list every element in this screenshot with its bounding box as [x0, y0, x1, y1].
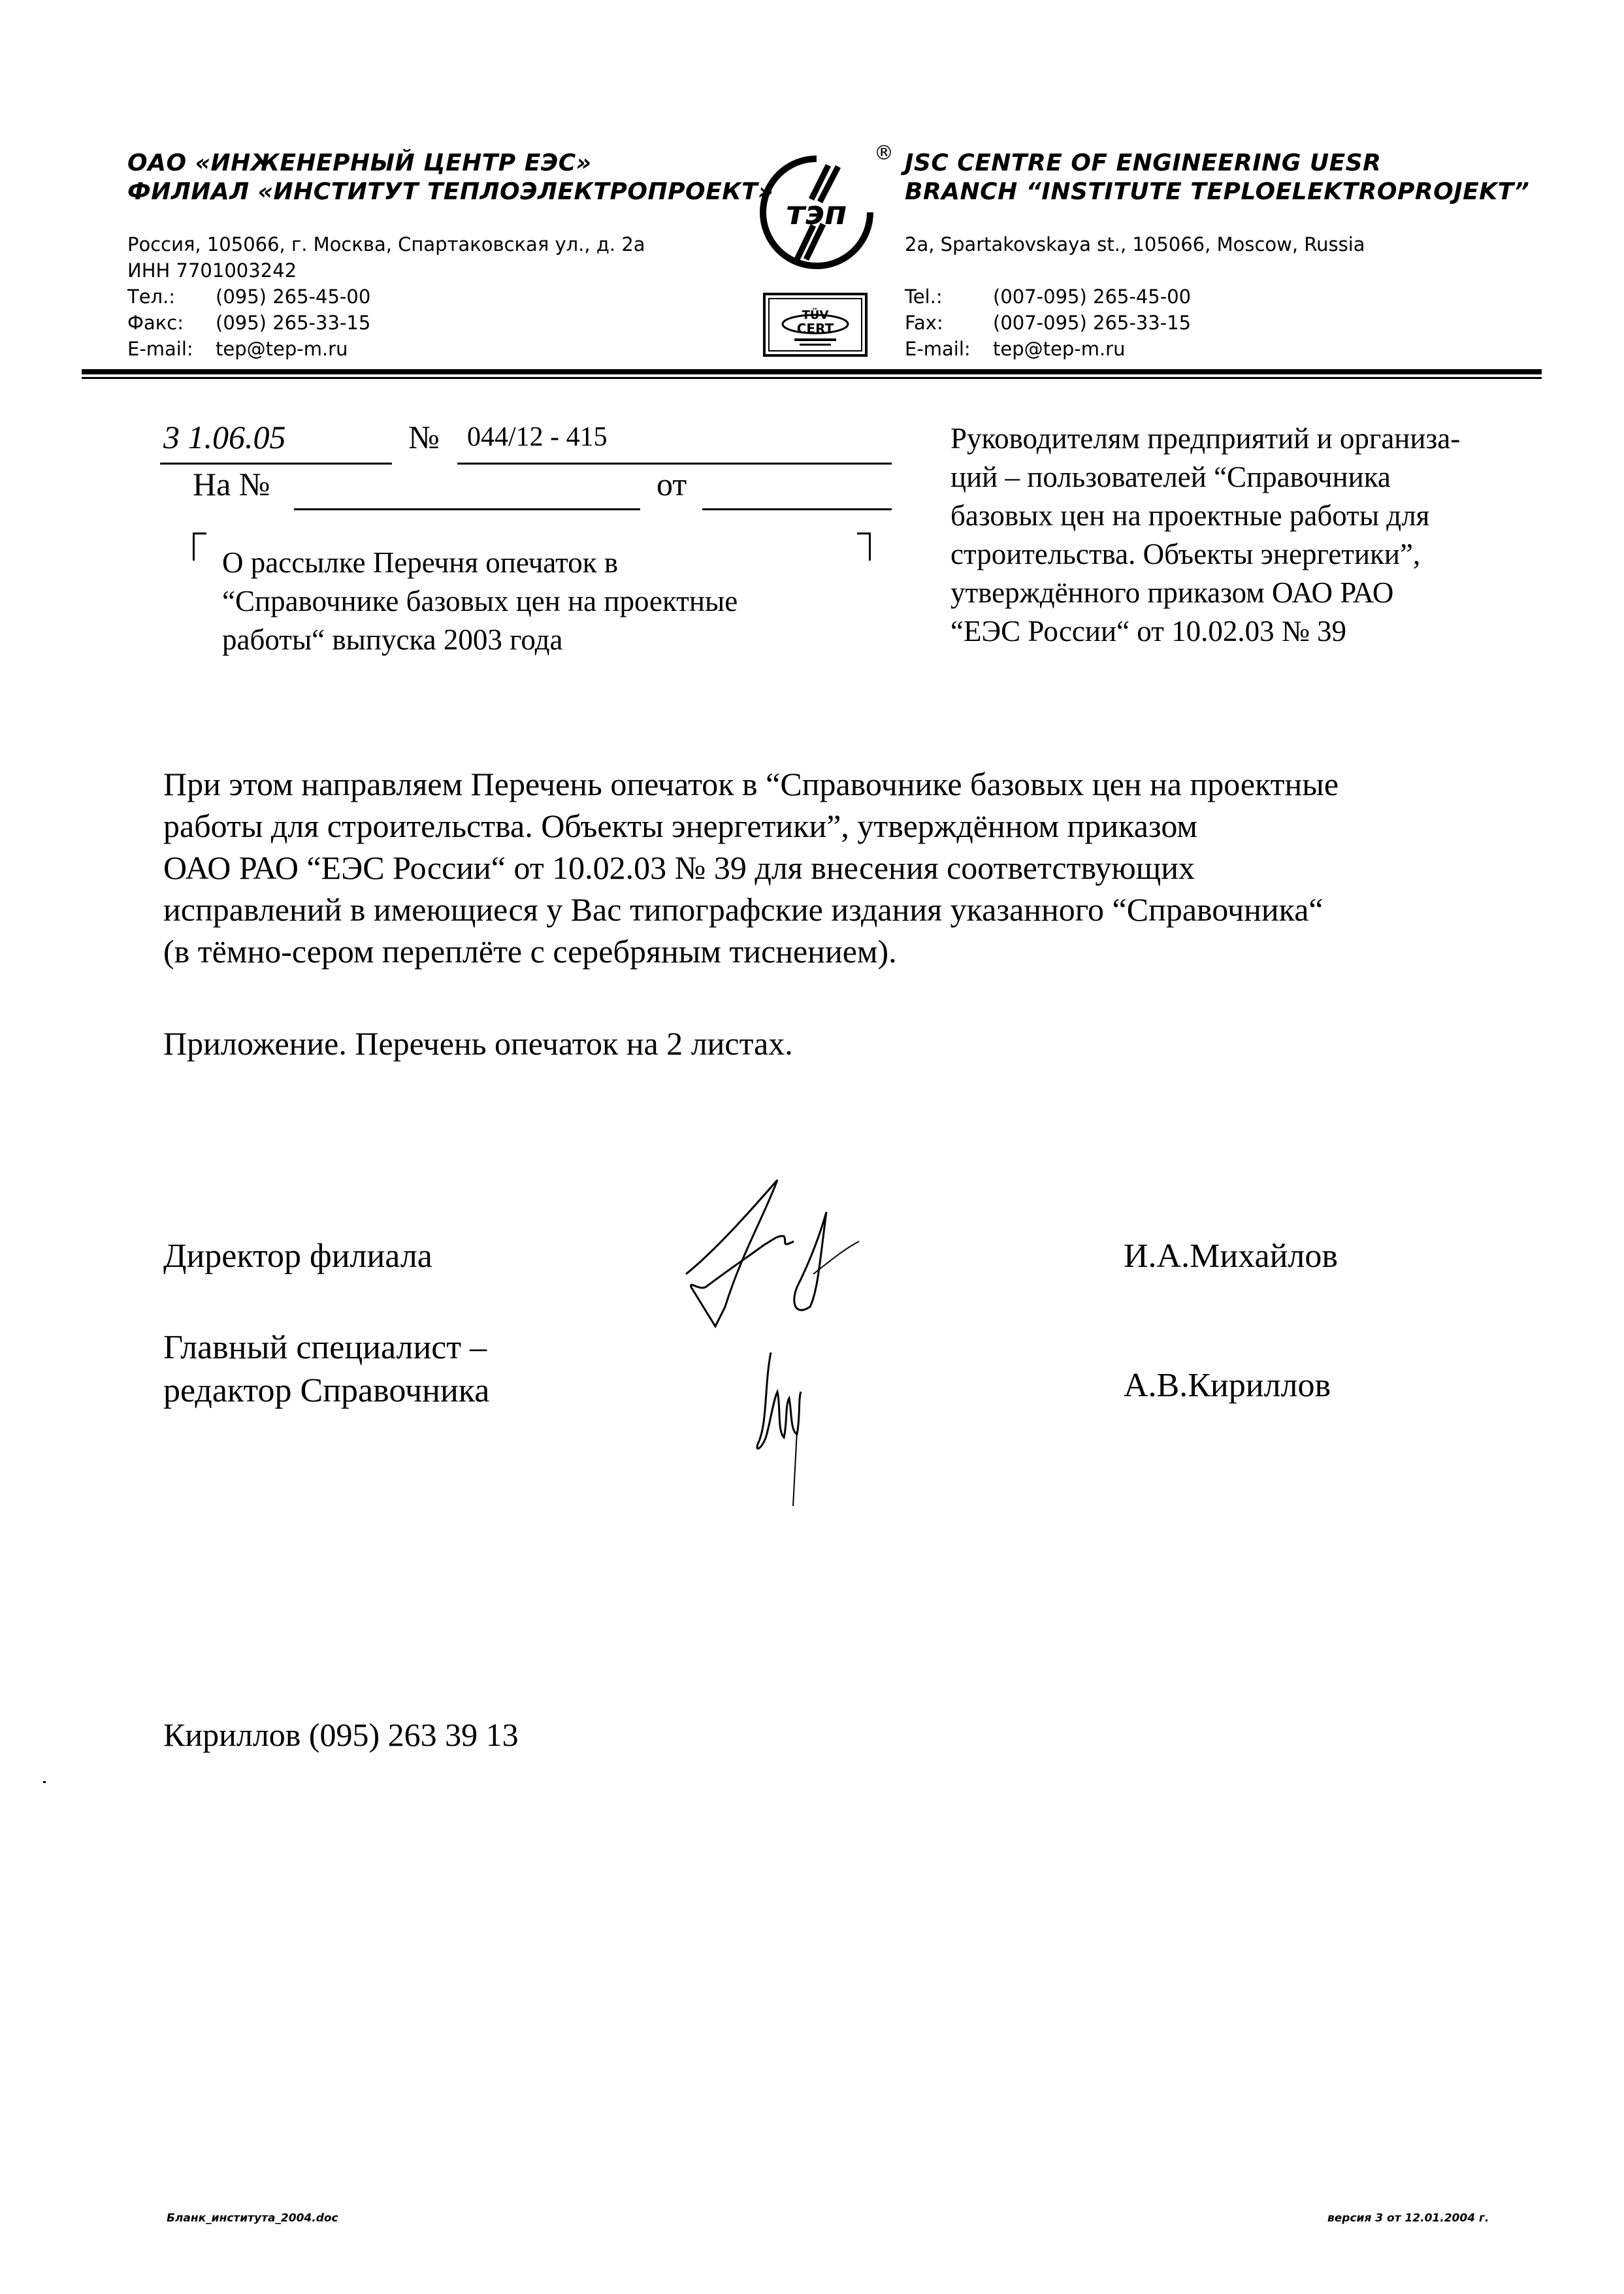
contact-value: tep@tep-m.ru — [993, 336, 1125, 362]
date-underline — [160, 463, 392, 465]
contact-value: tep@tep-m.ru — [216, 336, 348, 362]
tuv-cert-icon: TÜV CERT — [766, 295, 865, 354]
subject-corner-left — [193, 533, 206, 561]
reply-number-label: На № — [193, 465, 270, 503]
contact-value: (095) 265-33-15 — [216, 310, 370, 336]
contact-fax-ru: Факс: (095) 265-33-15 — [127, 310, 773, 336]
tuv-cert-badge: TÜV CERT — [763, 293, 868, 357]
contact-value: (007-095) 265-45-00 — [993, 284, 1191, 310]
svg-text:TÜV: TÜV — [802, 308, 829, 322]
contact-value: (007-095) 265-33-15 — [993, 310, 1191, 336]
contact-phone-en: Tel.: (007-095) 265-45-00 — [905, 284, 1529, 310]
contact-label: Факс: — [127, 310, 216, 336]
contact-label: Tel.: — [905, 284, 993, 310]
signature-1 — [679, 1176, 895, 1339]
body-paragraph: При этом направляем Перечень опечаток в … — [163, 763, 1339, 972]
contact-email-ru: E-mail: tep@tep-m.ru — [127, 336, 773, 362]
contact-fax-en: Fax: (007-095) 265-33-15 — [905, 310, 1529, 336]
body-line: ОАО РАО “ЕЭС России“ от 10.02.03 № 39 дл… — [163, 847, 1339, 889]
org-name-ru-line1: ОАО «ИНЖЕНЕРНЫЙ ЦЕНТР ЕЭС» — [127, 149, 773, 178]
attachment-note: Приложение. Перечень опечаток на 2 листа… — [163, 1023, 793, 1064]
signature-2 — [745, 1346, 823, 1509]
body-line: (в тёмно-сером переплёте с серебряным ти… — [163, 930, 1339, 972]
subject-line: О рассылке Перечня опечаток в — [222, 544, 738, 582]
subject-line: “Справочнике базовых цен на проектные — [222, 582, 738, 621]
letterhead-ru: ОАО «ИНЖЕНЕРНЫЙ ЦЕНТР ЕЭС» ФИЛИАЛ «ИНСТИ… — [127, 149, 773, 362]
body-line: При этом направляем Перечень опечаток в … — [163, 763, 1339, 805]
signer-1-title: Директор филиала — [163, 1235, 432, 1278]
from-date-label: от — [657, 465, 687, 503]
signer-2-name: А.В.Кириллов — [1124, 1364, 1331, 1407]
tep-logo-icon: тэп — [751, 147, 882, 278]
inn: ИНН 7701003242 — [127, 257, 773, 284]
registered-mark: ® — [874, 142, 894, 165]
body-line: исправлений в имеющиеся у Вас типографск… — [163, 889, 1339, 930]
svg-text:CERT: CERT — [797, 321, 834, 336]
contact-label: Fax: — [905, 310, 993, 336]
address-en: 2a, Spartakovskaya st., 105066, Moscow, … — [905, 231, 1529, 257]
contact-value: (095) 265-45-00 — [216, 284, 370, 310]
signer-1-name: И.А.Михайлов — [1124, 1235, 1338, 1278]
org-name-en-line2: BRANCH “INSTITUTE TEPLOELEKTROPROJEKT” — [905, 178, 1529, 206]
addressee-line: ций – пользователей “Справочника — [950, 458, 1460, 497]
body-line: работы для строительства. Объекты энерге… — [163, 805, 1339, 847]
addressee-line: “ЕЭС России“ от 10.02.03 № 39 — [950, 612, 1460, 651]
handwritten-signature-icon — [745, 1346, 823, 1509]
header-rule-thick — [82, 369, 1542, 374]
contact-phone-ru: Тел.: (095) 265-45-00 — [127, 284, 773, 310]
contact-email-en: E-mail: tep@tep-m.ru — [905, 336, 1529, 362]
number-label: № — [408, 418, 440, 456]
from-date-field — [702, 508, 892, 510]
subject-corner-right — [857, 533, 871, 561]
subject: О рассылке Перечня опечаток в “Справочни… — [222, 544, 738, 659]
addressee-line: базовых цен на проектные работы для — [950, 497, 1460, 535]
svg-text:тэп: тэп — [786, 194, 847, 232]
tep-logo: тэп ® — [751, 147, 882, 278]
subject-line: работы“ выпуска 2003 года — [222, 621, 738, 659]
reply-number-field — [294, 508, 640, 510]
addressee: Руководителям предприятий и организа- ци… — [950, 419, 1460, 651]
header-rule-thin — [82, 377, 1542, 379]
org-name-ru-line2: ФИЛИАЛ «ИНСТИТУТ ТЕПЛОЭЛЕКТРОПРОЕКТ» — [127, 178, 773, 206]
executor-contact: Кириллов (095) 263 39 13 — [163, 1716, 519, 1754]
address-ru: Россия, 105066, г. Москва, Спартаковская… — [127, 231, 773, 257]
addressee-line: Руководителям предприятий и организа- — [950, 419, 1460, 458]
outgoing-date: 3 1.06.05 — [163, 418, 286, 456]
outgoing-number: 044/12 - 415 — [467, 421, 608, 453]
handwritten-signature-icon — [679, 1176, 895, 1339]
footer-version: версия 3 от 12.01.2004 г. — [1327, 2212, 1489, 2225]
contact-label: E-mail: — [905, 336, 993, 362]
org-name-en-line1: JSC CENTRE OF ENGINEERING UESR — [905, 149, 1529, 178]
signer-title-line: Главный специалист – — [163, 1326, 489, 1369]
scan-speck — [43, 1781, 46, 1783]
letterhead-en: JSC CENTRE OF ENGINEERING UESR BRANCH “I… — [905, 149, 1529, 362]
footer-template-name: Бланк_института_2004.doc — [167, 2212, 338, 2225]
contact-label: E-mail: — [127, 336, 216, 362]
signer-title-line: Директор филиала — [163, 1235, 432, 1278]
number-underline — [457, 463, 892, 465]
signer-2-title: Главный специалист – редактор Справочник… — [163, 1326, 489, 1413]
addressee-line: утверждённого приказом ОАО РАО — [950, 574, 1460, 612]
contact-label: Тел.: — [127, 284, 216, 310]
signer-title-line: редактор Справочника — [163, 1369, 489, 1413]
addressee-line: строительства. Объекты энергетики”, — [950, 535, 1460, 574]
